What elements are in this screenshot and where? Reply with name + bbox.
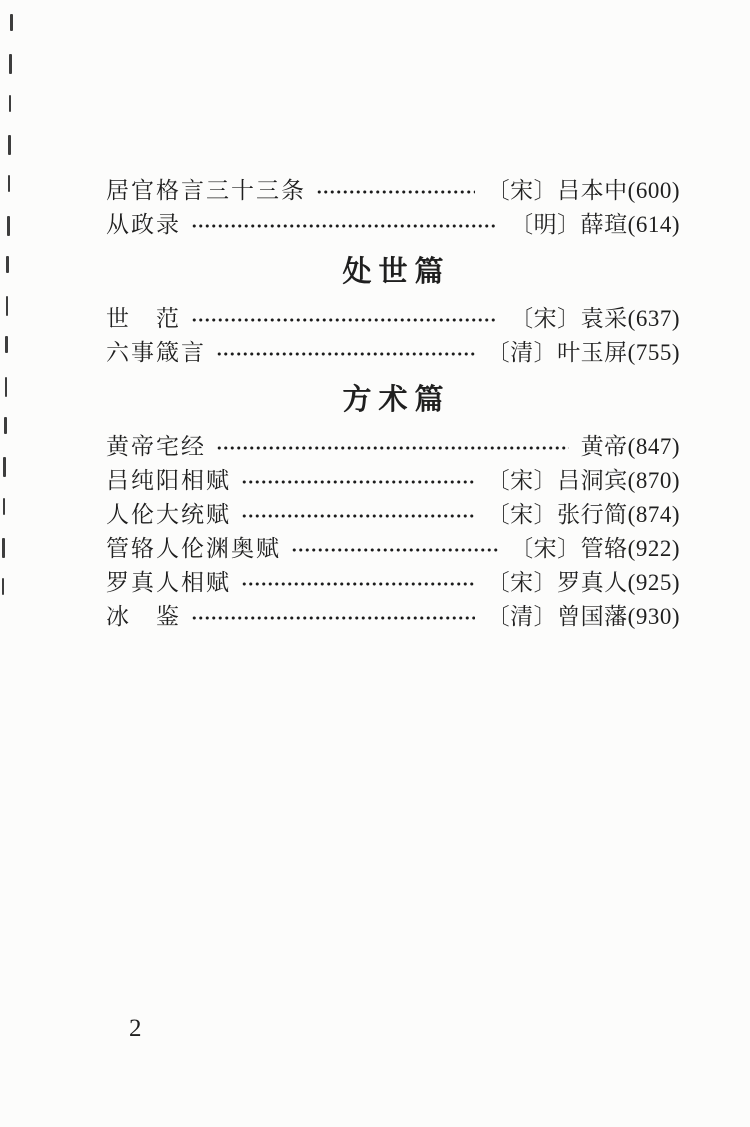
scanned-book-page: 居官格言三十三条 〔宋〕吕本中(600) 从政录 〔明〕薛瑄(614) 处世篇 … bbox=[0, 0, 750, 1127]
entry-title: 管辂人伦渊奥赋 bbox=[106, 532, 281, 566]
section-entries: 世 范 〔宋〕袁采(637) 六事箴言 〔清〕叶玉屏(755) bbox=[106, 302, 680, 370]
binding-mark bbox=[2, 578, 5, 595]
binding-mark bbox=[6, 296, 9, 316]
entry-author-page: 〔清〕叶玉屏(755) bbox=[487, 336, 680, 370]
binding-mark bbox=[4, 417, 7, 434]
dot-leader bbox=[191, 614, 475, 622]
entry-author-page: 〔清〕曾国藩(930) bbox=[487, 600, 680, 634]
dot-leader bbox=[191, 316, 498, 324]
entry-author-page: 〔宋〕吕本中(600) bbox=[487, 174, 680, 208]
dot-leader bbox=[291, 546, 498, 554]
binding-mark bbox=[9, 54, 12, 74]
binding-mark bbox=[8, 135, 11, 155]
section-entries: 居官格言三十三条 〔宋〕吕本中(600) 从政录 〔明〕薛瑄(614) bbox=[106, 174, 680, 242]
entry-title: 六事箴言 bbox=[106, 336, 206, 370]
toc-entry: 罗真人相赋 〔宋〕罗真人(925) bbox=[106, 566, 680, 600]
entry-author-page: 〔明〕薛瑄(614) bbox=[510, 208, 680, 242]
entry-title: 世 范 bbox=[106, 302, 181, 336]
entry-title: 罗真人相赋 bbox=[106, 566, 231, 600]
toc-entry: 居官格言三十三条 〔宋〕吕本中(600) bbox=[106, 174, 680, 208]
entry-title: 黄帝宅经 bbox=[106, 430, 206, 464]
table-of-contents: 居官格言三十三条 〔宋〕吕本中(600) 从政录 〔明〕薛瑄(614) 处世篇 … bbox=[106, 174, 680, 634]
section-heading: 处世篇 bbox=[106, 250, 680, 294]
entry-author-page: 〔宋〕张行简(874) bbox=[487, 498, 680, 532]
binding-mark bbox=[2, 538, 5, 558]
binding-mark bbox=[8, 175, 11, 192]
toc-entry: 世 范 〔宋〕袁采(637) bbox=[106, 302, 680, 336]
entry-author-page: 〔宋〕管辂(922) bbox=[510, 532, 680, 566]
entry-author-page: 黄帝(847) bbox=[581, 430, 680, 464]
entry-author-page: 〔宋〕袁采(637) bbox=[510, 302, 680, 336]
toc-entry: 吕纯阳相赋 〔宋〕吕洞宾(870) bbox=[106, 464, 680, 498]
entry-title: 人伦大统赋 bbox=[106, 498, 231, 532]
toc-entry: 冰 鉴 〔清〕曾国藩(930) bbox=[106, 600, 680, 634]
toc-section: 方术篇 黄帝宅经 黄帝(847) 吕纯阳相赋 〔宋〕吕洞宾(870) 人伦大统赋… bbox=[106, 378, 680, 634]
dot-leader bbox=[216, 350, 475, 358]
section-entries: 黄帝宅经 黄帝(847) 吕纯阳相赋 〔宋〕吕洞宾(870) 人伦大统赋 〔宋〕… bbox=[106, 430, 680, 634]
entry-title: 冰 鉴 bbox=[106, 600, 181, 634]
page-number: 2 bbox=[129, 1015, 142, 1043]
binding-mark bbox=[9, 95, 12, 112]
dot-leader bbox=[241, 512, 475, 520]
entry-title: 吕纯阳相赋 bbox=[106, 464, 231, 498]
toc-entry: 管辂人伦渊奥赋 〔宋〕管辂(922) bbox=[106, 532, 680, 566]
binding-mark bbox=[3, 457, 6, 477]
toc-entry: 从政录 〔明〕薛瑄(614) bbox=[106, 208, 680, 242]
dot-leader bbox=[216, 444, 569, 452]
section-heading: 方术篇 bbox=[106, 378, 680, 422]
entry-author-page: 〔宋〕吕洞宾(870) bbox=[487, 464, 680, 498]
binding-mark bbox=[5, 336, 8, 353]
binding-mark bbox=[7, 216, 10, 236]
toc-entry: 六事箴言 〔清〕叶玉屏(755) bbox=[106, 336, 680, 370]
toc-entry: 人伦大统赋 〔宋〕张行简(874) bbox=[106, 498, 680, 532]
binding-mark bbox=[6, 256, 9, 273]
dot-leader bbox=[241, 580, 475, 588]
toc-section: 处世篇 世 范 〔宋〕袁采(637) 六事箴言 〔清〕叶玉屏(755) bbox=[106, 250, 680, 370]
dot-leader bbox=[241, 478, 475, 486]
toc-entry: 黄帝宅经 黄帝(847) bbox=[106, 430, 680, 464]
entry-title: 居官格言三十三条 bbox=[106, 174, 306, 208]
binding-mark bbox=[10, 14, 13, 31]
entry-title: 从政录 bbox=[106, 208, 181, 242]
entry-author-page: 〔宋〕罗真人(925) bbox=[487, 566, 680, 600]
toc-section: 居官格言三十三条 〔宋〕吕本中(600) 从政录 〔明〕薛瑄(614) bbox=[106, 174, 680, 242]
binding-mark bbox=[5, 377, 8, 397]
dot-leader bbox=[316, 188, 475, 196]
binding-mark bbox=[3, 498, 6, 515]
dot-leader bbox=[191, 222, 498, 230]
